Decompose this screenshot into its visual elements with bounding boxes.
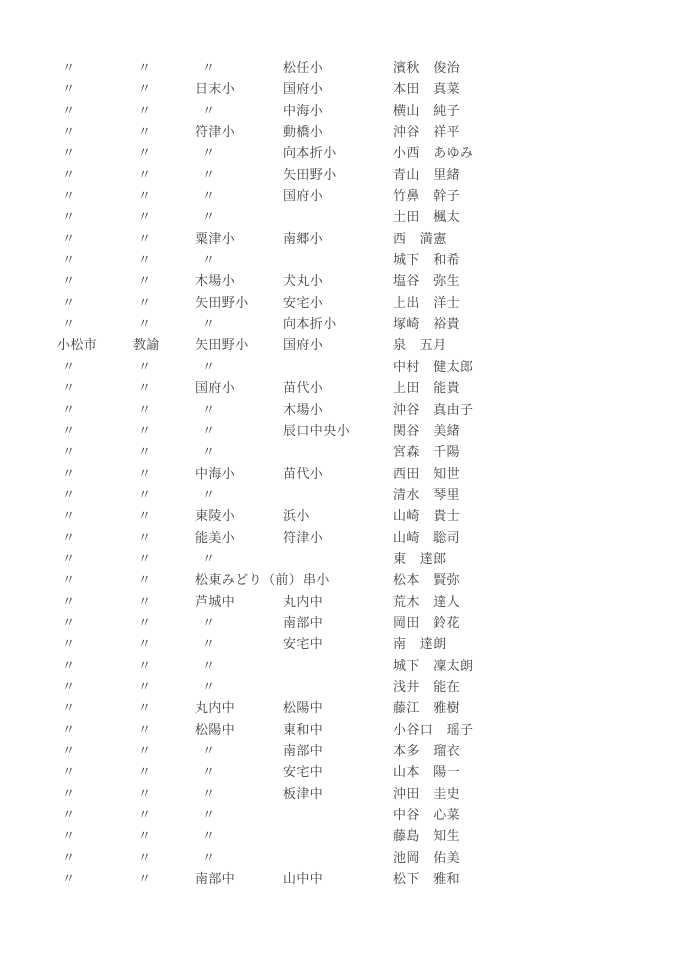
roster-row: 〃〃〃城下 凜太朗 bbox=[0, 655, 680, 676]
school-cell: 能美小 bbox=[195, 527, 235, 548]
document-page: 〃〃〃松任小濱秋 俊治〃〃日末小国府小本田 真菜〃〃〃中海小横山 純子〃〃符津小… bbox=[0, 0, 680, 961]
name-cell: 松本 賢弥 bbox=[393, 569, 460, 590]
roster-row: 〃〃〃木場小沖谷 真由子 bbox=[0, 399, 680, 420]
previous-school-cell: 矢田野小 bbox=[283, 164, 337, 185]
ditto-mark: 〃 bbox=[138, 719, 151, 740]
school-cell: 東陵小 bbox=[195, 505, 235, 526]
name-cell: 沖田 圭史 bbox=[393, 783, 460, 804]
ditto-mark: 〃 bbox=[202, 185, 215, 206]
ditto-mark: 〃 bbox=[138, 655, 151, 676]
ditto-mark: 〃 bbox=[138, 377, 151, 398]
ditto-mark: 〃 bbox=[138, 847, 151, 868]
ditto-mark: 〃 bbox=[138, 633, 151, 654]
previous-school-cell: 安宅中 bbox=[283, 761, 323, 782]
roster-row: 〃〃〃向本折小小西 あゆみ bbox=[0, 142, 680, 163]
name-cell: 城下 凜太朗 bbox=[393, 655, 473, 676]
ditto-mark: 〃 bbox=[62, 57, 75, 78]
ditto-mark: 〃 bbox=[202, 484, 215, 505]
name-cell: 南 達朗 bbox=[393, 633, 447, 654]
ditto-mark: 〃 bbox=[138, 527, 151, 548]
ditto-mark: 〃 bbox=[138, 270, 151, 291]
ditto-mark: 〃 bbox=[202, 420, 215, 441]
roster-row: 〃〃〃松任小濱秋 俊治 bbox=[0, 57, 680, 78]
previous-school-cell: 串小 bbox=[303, 569, 330, 590]
roster-row: 〃〃〃藤島 知生 bbox=[0, 825, 680, 846]
ditto-mark: 〃 bbox=[138, 420, 151, 441]
name-cell: 池岡 佑美 bbox=[393, 847, 460, 868]
ditto-mark: 〃 bbox=[202, 740, 215, 761]
ditto-mark: 〃 bbox=[138, 740, 151, 761]
roster-row: 〃〃南部中山中中松下 雅和 bbox=[0, 868, 680, 889]
ditto-mark: 〃 bbox=[62, 569, 75, 590]
name-cell: 浅井 能在 bbox=[393, 676, 460, 697]
school-cell: 矢田野小 bbox=[195, 292, 249, 313]
name-cell: 関谷 美緒 bbox=[393, 420, 460, 441]
name-cell: 本田 真菜 bbox=[393, 78, 460, 99]
ditto-mark: 〃 bbox=[62, 463, 75, 484]
ditto-mark: 〃 bbox=[202, 804, 215, 825]
name-cell: 竹鼻 幹子 bbox=[393, 185, 460, 206]
ditto-mark: 〃 bbox=[62, 377, 75, 398]
roster-row: 〃〃松陽中東和中小谷口 瑶子 bbox=[0, 719, 680, 740]
roster-row: 〃〃〃清水 琴里 bbox=[0, 484, 680, 505]
ditto-mark: 〃 bbox=[202, 57, 215, 78]
previous-school-cell: 南部中 bbox=[283, 612, 323, 633]
school-cell: 丸内中 bbox=[195, 697, 235, 718]
previous-school-cell: 山中中 bbox=[283, 868, 323, 889]
previous-school-cell: 苗代小 bbox=[283, 463, 323, 484]
ditto-mark: 〃 bbox=[138, 121, 151, 142]
ditto-mark: 〃 bbox=[62, 591, 75, 612]
ditto-mark: 〃 bbox=[202, 761, 215, 782]
ditto-mark: 〃 bbox=[62, 740, 75, 761]
school-cell: 松東みどり（前） bbox=[195, 569, 302, 590]
name-cell: 本多 瑠衣 bbox=[393, 740, 460, 761]
ditto-mark: 〃 bbox=[138, 825, 151, 846]
name-cell: 西田 知世 bbox=[393, 463, 460, 484]
ditto-mark: 〃 bbox=[138, 484, 151, 505]
name-cell: 上田 能貴 bbox=[393, 377, 460, 398]
ditto-mark: 〃 bbox=[202, 612, 215, 633]
ditto-mark: 〃 bbox=[138, 57, 151, 78]
previous-school-cell: 南郷小 bbox=[283, 228, 323, 249]
transfer-roster-table: 〃〃〃松任小濱秋 俊治〃〃日末小国府小本田 真菜〃〃〃中海小横山 純子〃〃符津小… bbox=[0, 57, 680, 889]
previous-school-cell: 丸内中 bbox=[283, 591, 323, 612]
ditto-mark: 〃 bbox=[62, 612, 75, 633]
school-cell: 南部中 bbox=[195, 868, 235, 889]
previous-school-cell: 向本折小 bbox=[283, 142, 337, 163]
ditto-mark: 〃 bbox=[62, 441, 75, 462]
name-cell: 濱秋 俊治 bbox=[393, 57, 460, 78]
ditto-mark: 〃 bbox=[138, 761, 151, 782]
roster-row: 〃〃〃辰口中央小関谷 美緒 bbox=[0, 420, 680, 441]
roster-row: 〃〃日末小国府小本田 真菜 bbox=[0, 78, 680, 99]
name-cell: 山崎 貴士 bbox=[393, 505, 460, 526]
ditto-mark: 〃 bbox=[202, 783, 215, 804]
ditto-mark: 〃 bbox=[202, 399, 215, 420]
ditto-mark: 〃 bbox=[62, 505, 75, 526]
previous-school-cell: 犬丸小 bbox=[283, 270, 323, 291]
name-cell: 小西 あゆみ bbox=[393, 142, 473, 163]
roster-row: 〃〃中海小苗代小西田 知世 bbox=[0, 463, 680, 484]
ditto-mark: 〃 bbox=[138, 463, 151, 484]
name-cell: 沖谷 祥平 bbox=[393, 121, 460, 142]
ditto-mark: 〃 bbox=[62, 761, 75, 782]
school-cell: 粟津小 bbox=[195, 228, 235, 249]
ditto-mark: 〃 bbox=[138, 228, 151, 249]
roster-row: 〃〃〃宮森 千陽 bbox=[0, 441, 680, 462]
name-cell: 荒木 達人 bbox=[393, 591, 460, 612]
ditto-mark: 〃 bbox=[62, 356, 75, 377]
roster-row: 〃〃〃安宅中南 達朗 bbox=[0, 633, 680, 654]
ditto-mark: 〃 bbox=[62, 313, 75, 334]
ditto-mark: 〃 bbox=[62, 270, 75, 291]
name-cell: 青山 里緒 bbox=[393, 164, 460, 185]
name-cell: 城下 和希 bbox=[393, 249, 460, 270]
school-cell: 木場小 bbox=[195, 270, 235, 291]
ditto-mark: 〃 bbox=[138, 868, 151, 889]
previous-school-cell: 南部中 bbox=[283, 740, 323, 761]
name-cell: 土田 楓太 bbox=[393, 206, 460, 227]
ditto-mark: 〃 bbox=[62, 804, 75, 825]
previous-school-cell: 国府小 bbox=[283, 185, 323, 206]
roster-row: 〃〃〃向本折小塚崎 裕貴 bbox=[0, 313, 680, 334]
name-cell: 上出 洋士 bbox=[393, 292, 460, 313]
ditto-mark: 〃 bbox=[62, 847, 75, 868]
ditto-mark: 〃 bbox=[138, 783, 151, 804]
ditto-mark: 〃 bbox=[138, 399, 151, 420]
ditto-mark: 〃 bbox=[138, 505, 151, 526]
ditto-mark: 〃 bbox=[62, 142, 75, 163]
name-cell: 西 満憲 bbox=[393, 228, 447, 249]
ditto-mark: 〃 bbox=[138, 100, 151, 121]
ditto-mark: 〃 bbox=[62, 420, 75, 441]
roster-row: 〃〃木場小犬丸小塩谷 弥生 bbox=[0, 270, 680, 291]
ditto-mark: 〃 bbox=[62, 825, 75, 846]
ditto-mark: 〃 bbox=[202, 633, 215, 654]
roster-row: 〃〃〃南部中本多 瑠衣 bbox=[0, 740, 680, 761]
ditto-mark: 〃 bbox=[62, 527, 75, 548]
ditto-mark: 〃 bbox=[62, 783, 75, 804]
roster-row: 〃〃〃土田 楓太 bbox=[0, 206, 680, 227]
ditto-mark: 〃 bbox=[202, 164, 215, 185]
roster-row: 〃〃〃中谷 心菜 bbox=[0, 804, 680, 825]
previous-school-cell: 辰口中央小 bbox=[283, 420, 350, 441]
ditto-mark: 〃 bbox=[138, 676, 151, 697]
ditto-mark: 〃 bbox=[138, 206, 151, 227]
previous-school-cell: 松任小 bbox=[283, 57, 323, 78]
ditto-mark: 〃 bbox=[202, 356, 215, 377]
name-cell: 小谷口 瑶子 bbox=[393, 719, 473, 740]
name-cell: 中谷 心菜 bbox=[393, 804, 460, 825]
roster-row: 〃〃〃矢田野小青山 里緒 bbox=[0, 164, 680, 185]
school-cell: 矢田野小 bbox=[195, 334, 249, 355]
school-cell: 国府小 bbox=[195, 377, 235, 398]
ditto-mark: 〃 bbox=[138, 249, 151, 270]
previous-school-cell: 向本折小 bbox=[283, 313, 337, 334]
ditto-mark: 〃 bbox=[62, 719, 75, 740]
ditto-mark: 〃 bbox=[202, 441, 215, 462]
roster-row: 〃〃〃南部中岡田 鈴花 bbox=[0, 612, 680, 633]
ditto-mark: 〃 bbox=[62, 100, 75, 121]
ditto-mark: 〃 bbox=[138, 78, 151, 99]
previous-school-cell: 東和中 bbox=[283, 719, 323, 740]
school-cell: 日末小 bbox=[195, 78, 235, 99]
ditto-mark: 〃 bbox=[202, 313, 215, 334]
name-cell: 藤島 知生 bbox=[393, 825, 460, 846]
previous-school-cell: 板津中 bbox=[283, 783, 323, 804]
name-cell: 藤江 雅樹 bbox=[393, 697, 460, 718]
previous-school-cell: 苗代小 bbox=[283, 377, 323, 398]
ditto-mark: 〃 bbox=[138, 697, 151, 718]
ditto-mark: 〃 bbox=[202, 825, 215, 846]
roster-row: 〃〃丸内中松陽中藤江 雅樹 bbox=[0, 697, 680, 718]
name-cell: 東 達郎 bbox=[393, 548, 447, 569]
roster-row: 〃〃〃板津中沖田 圭史 bbox=[0, 783, 680, 804]
ditto-mark: 〃 bbox=[62, 676, 75, 697]
ditto-mark: 〃 bbox=[62, 655, 75, 676]
previous-school-cell: 安宅小 bbox=[283, 292, 323, 313]
ditto-mark: 〃 bbox=[62, 164, 75, 185]
ditto-mark: 〃 bbox=[138, 292, 151, 313]
ditto-mark: 〃 bbox=[202, 847, 215, 868]
roster-row: 〃〃〃中村 健太郎 bbox=[0, 356, 680, 377]
name-cell: 塚崎 裕貴 bbox=[393, 313, 460, 334]
school-cell: 芦城中 bbox=[195, 591, 235, 612]
roster-row: 〃〃〃池岡 佑美 bbox=[0, 847, 680, 868]
name-cell: 中村 健太郎 bbox=[393, 356, 473, 377]
roster-row: 〃〃符津小動橋小沖谷 祥平 bbox=[0, 121, 680, 142]
ditto-mark: 〃 bbox=[138, 591, 151, 612]
ditto-mark: 〃 bbox=[138, 612, 151, 633]
ditto-mark: 〃 bbox=[138, 356, 151, 377]
ditto-mark: 〃 bbox=[138, 441, 151, 462]
name-cell: 沖谷 真由子 bbox=[393, 399, 473, 420]
school-cell: 中海小 bbox=[195, 463, 235, 484]
ditto-mark: 〃 bbox=[202, 548, 215, 569]
previous-school-cell: 国府小 bbox=[283, 78, 323, 99]
ditto-mark: 〃 bbox=[202, 655, 215, 676]
ditto-mark: 〃 bbox=[138, 164, 151, 185]
previous-school-cell: 安宅中 bbox=[283, 633, 323, 654]
ditto-mark: 〃 bbox=[62, 548, 75, 569]
roster-row: 〃〃〃城下 和希 bbox=[0, 249, 680, 270]
ditto-mark: 〃 bbox=[62, 228, 75, 249]
roster-row: 〃〃〃中海小横山 純子 bbox=[0, 100, 680, 121]
roster-row: 〃〃〃浅井 能在 bbox=[0, 676, 680, 697]
ditto-mark: 〃 bbox=[138, 142, 151, 163]
name-cell: 山本 陽一 bbox=[393, 761, 460, 782]
school-cell: 松陽中 bbox=[195, 719, 235, 740]
previous-school-cell: 国府小 bbox=[283, 334, 323, 355]
ditto-mark: 〃 bbox=[62, 185, 75, 206]
ditto-mark: 〃 bbox=[202, 676, 215, 697]
roster-row: 〃〃能美小符津小山崎 聡司 bbox=[0, 527, 680, 548]
name-cell: 岡田 鈴花 bbox=[393, 612, 460, 633]
roster-row: 小松市教諭矢田野小国府小泉 五月 bbox=[0, 334, 680, 355]
ditto-mark: 〃 bbox=[138, 804, 151, 825]
roster-row: 〃〃〃国府小竹鼻 幹子 bbox=[0, 185, 680, 206]
ditto-mark: 〃 bbox=[62, 484, 75, 505]
name-cell: 宮森 千陽 bbox=[393, 441, 460, 462]
ditto-mark: 〃 bbox=[62, 206, 75, 227]
ditto-mark: 〃 bbox=[62, 399, 75, 420]
roster-row: 〃〃〃東 達郎 bbox=[0, 548, 680, 569]
roster-row: 〃〃松東みどり（前）串小松本 賢弥 bbox=[0, 569, 680, 590]
name-cell: 松下 雅和 bbox=[393, 868, 460, 889]
ditto-mark: 〃 bbox=[62, 249, 75, 270]
previous-school-cell: 中海小 bbox=[283, 100, 323, 121]
ditto-mark: 〃 bbox=[202, 249, 215, 270]
roster-row: 〃〃東陵小浜小山崎 貴士 bbox=[0, 505, 680, 526]
position-cell: 教諭 bbox=[133, 334, 160, 355]
name-cell: 山崎 聡司 bbox=[393, 527, 460, 548]
ditto-mark: 〃 bbox=[62, 868, 75, 889]
ditto-mark: 〃 bbox=[202, 142, 215, 163]
previous-school-cell: 木場小 bbox=[283, 399, 323, 420]
roster-row: 〃〃矢田野小安宅小上出 洋士 bbox=[0, 292, 680, 313]
previous-school-cell: 動橋小 bbox=[283, 121, 323, 142]
previous-school-cell: 浜小 bbox=[283, 505, 310, 526]
previous-school-cell: 松陽中 bbox=[283, 697, 323, 718]
ditto-mark: 〃 bbox=[138, 569, 151, 590]
ditto-mark: 〃 bbox=[202, 100, 215, 121]
ditto-mark: 〃 bbox=[138, 313, 151, 334]
name-cell: 横山 純子 bbox=[393, 100, 460, 121]
ditto-mark: 〃 bbox=[202, 206, 215, 227]
ditto-mark: 〃 bbox=[62, 78, 75, 99]
ditto-mark: 〃 bbox=[62, 633, 75, 654]
previous-school-cell: 符津小 bbox=[283, 527, 323, 548]
name-cell: 塩谷 弥生 bbox=[393, 270, 460, 291]
roster-row: 〃〃粟津小南郷小西 満憲 bbox=[0, 228, 680, 249]
ditto-mark: 〃 bbox=[62, 121, 75, 142]
roster-row: 〃〃〃安宅中山本 陽一 bbox=[0, 761, 680, 782]
ditto-mark: 〃 bbox=[138, 548, 151, 569]
school-cell: 符津小 bbox=[195, 121, 235, 142]
roster-row: 〃〃芦城中丸内中荒木 達人 bbox=[0, 591, 680, 612]
ditto-mark: 〃 bbox=[138, 185, 151, 206]
name-cell: 泉 五月 bbox=[393, 334, 447, 355]
roster-row: 〃〃国府小苗代小上田 能貴 bbox=[0, 377, 680, 398]
ditto-mark: 〃 bbox=[62, 697, 75, 718]
ditto-mark: 〃 bbox=[62, 292, 75, 313]
municipality-cell: 小松市 bbox=[57, 334, 97, 355]
name-cell: 清水 琴里 bbox=[393, 484, 460, 505]
